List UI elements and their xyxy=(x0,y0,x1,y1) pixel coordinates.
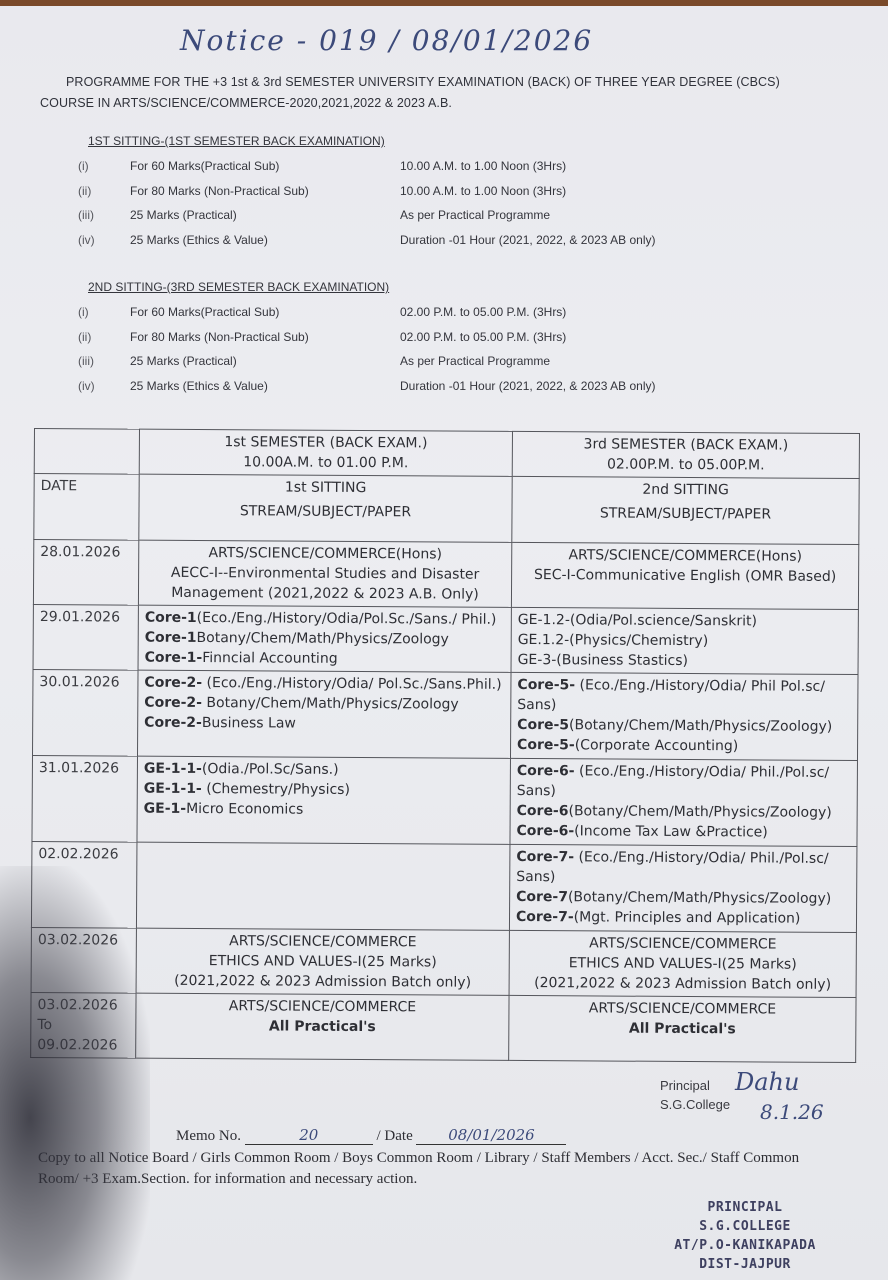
title-line-2: COURSE IN ARTS/SCIENCE/COMMERCE-2020,202… xyxy=(40,93,860,114)
principal-stamp: PRINCIPAL S.G.COLLEGE AT/P.O-KANIKAPADA … xyxy=(655,1198,835,1274)
row-sem3-papers: Core-7- (Eco./Eng./History/Odia/ Phil./P… xyxy=(509,844,857,932)
sitting-row: (iv)25 Marks (Ethics & Value)Duration -0… xyxy=(78,374,778,399)
row-date: 30.01.2026 xyxy=(32,669,138,756)
college-label: S.G.College xyxy=(660,1097,730,1112)
table-row: 02.02.2026Core-7- (Eco./Eng./History/Odi… xyxy=(31,841,857,932)
row-date: 31.01.2026 xyxy=(32,755,138,842)
sitting-row: (ii)For 80 Marks (Non-Practical Sub)02.0… xyxy=(78,325,778,350)
principal-signature-block: Principal S.G.College xyxy=(660,1078,730,1112)
principal-label: Principal xyxy=(660,1078,730,1093)
table-header-row-2: DATE 1st SITTING STREAM/SUBJECT/PAPER 2n… xyxy=(34,474,859,545)
row-sem3-papers: ARTS/SCIENCE/COMMERCEAll Practical's xyxy=(509,995,856,1062)
handwritten-notice-number: Notice - 019 / 08/01/2026 xyxy=(180,24,593,57)
row-sem1-papers: GE-1-1-(Odia./Pol.Sc/Sans.)GE-1-1- (Chem… xyxy=(137,756,511,844)
first-sitting-heading: 1ST SITTING-(1ST SEMESTER BACK EXAMINATI… xyxy=(88,134,778,148)
table-row: 31.01.2026GE-1-1-(Odia./Pol.Sc/Sans.)GE-… xyxy=(32,755,858,846)
header-sem3-sitting: 2nd SITTING STREAM/SUBJECT/PAPER xyxy=(512,476,859,544)
row-sem3-papers: GE-1.2-(Odia/Pol.science/Sanskrit)GE.1.2… xyxy=(511,607,858,674)
second-sitting-heading: 2ND SITTING-(3RD SEMESTER BACK EXAMINATI… xyxy=(88,280,778,294)
row-date: 02.02.2026 xyxy=(31,841,137,928)
table-row: 03.02.2026ARTS/SCIENCE/COMMERCEETHICS AN… xyxy=(31,927,856,997)
row-sem3-papers: ARTS/SCIENCE/COMMERCE(Hons)SEC-I-Communi… xyxy=(511,542,858,609)
sitting-row: (iii)25 Marks (Practical)As per Practica… xyxy=(78,203,778,228)
first-sitting-section: 1ST SITTING-(1ST SEMESTER BACK EXAMINATI… xyxy=(78,134,778,252)
sitting-row: (ii)For 80 Marks (Non-Practical Sub)10.0… xyxy=(78,179,778,204)
row-date: 03.02.2026 xyxy=(31,927,136,993)
sitting-row: (i)For 60 Marks(Practical Sub)02.00 P.M.… xyxy=(78,300,778,325)
row-date: 03.02.2026To09.02.2026 xyxy=(31,992,136,1058)
sitting-row: (iv)25 Marks (Ethics & Value)Duration -0… xyxy=(78,228,778,253)
row-sem1-papers: ARTS/SCIENCE/COMMERCE(Hons)AECC-I--Envir… xyxy=(138,540,511,607)
row-sem1-papers: Core-1(Eco./Eng./History/Odia/Pol.Sc./Sa… xyxy=(138,605,511,672)
header-sem1-sitting: 1st SITTING STREAM/SUBJECT/PAPER xyxy=(139,474,512,542)
row-date: 29.01.2026 xyxy=(33,604,138,670)
table-header-row-1: 1st SEMESTER (BACK EXAM.) 10.00A.M. to 0… xyxy=(34,429,859,479)
row-sem3-papers: Core-5- (Eco./Eng./History/Odia/ Phil Po… xyxy=(510,672,858,760)
memo-number: 20 xyxy=(245,1126,373,1145)
row-sem3-papers: ARTS/SCIENCE/COMMERCEETHICS AND VALUES-I… xyxy=(509,930,856,997)
table-row: 03.02.2026To09.02.2026ARTS/SCIENCE/COMME… xyxy=(31,992,856,1062)
schedule-rows: 28.01.2026ARTS/SCIENCE/COMMERCE(Hons)AEC… xyxy=(31,540,859,1063)
sitting-row: (i)For 60 Marks(Practical Sub)10.00 A.M.… xyxy=(78,154,778,179)
table-row: 29.01.2026Core-1(Eco./Eng./History/Odia/… xyxy=(33,604,858,674)
memo-label: Memo No. xyxy=(176,1128,241,1144)
exam-schedule-table: 1st SEMESTER (BACK EXAM.) 10.00A.M. to 0… xyxy=(30,428,860,1063)
handwritten-signature: Dahu xyxy=(735,1068,799,1096)
row-sem3-papers: Core-6- (Eco./Eng./History/Odia/ Phil./P… xyxy=(510,758,858,846)
header-sem3: 3rd SEMESTER (BACK EXAM.) 02.00P.M. to 0… xyxy=(512,431,859,478)
row-sem1-papers: Core-2- (Eco./Eng./History/Odia/ Pol.Sc.… xyxy=(137,670,511,758)
second-sitting-section: 2ND SITTING-(3RD SEMESTER BACK EXAMINATI… xyxy=(78,280,778,398)
document-title: PROGRAMME FOR THE +3 1st & 3rd SEMESTER … xyxy=(40,72,860,114)
date-column-header: DATE xyxy=(34,474,139,541)
title-line-1: PROGRAMME FOR THE +3 1st & 3rd SEMESTER … xyxy=(40,72,860,93)
notice-paper: Notice - 019 / 08/01/2026 PROGRAMME FOR … xyxy=(0,6,888,1280)
row-sem1-papers: ARTS/SCIENCE/COMMERCEAll Practical's xyxy=(136,993,509,1060)
row-sem1-papers: ARTS/SCIENCE/COMMERCEETHICS AND VALUES-I… xyxy=(136,928,509,995)
row-sem1-papers xyxy=(136,842,510,930)
row-date: 28.01.2026 xyxy=(33,540,138,606)
table-row: 28.01.2026ARTS/SCIENCE/COMMERCE(Hons)AEC… xyxy=(33,540,858,610)
header-sem1: 1st SEMESTER (BACK EXAM.) 10.00A.M. to 0… xyxy=(139,429,512,476)
memo-date: 08/01/2026 xyxy=(416,1126,566,1145)
memo-date-label: / Date xyxy=(377,1128,413,1144)
handwritten-sign-date: 8.1.26 xyxy=(760,1100,824,1124)
header-blank-cell xyxy=(34,429,139,475)
memo-line: Memo No. 20 / Date 08/01/2026 xyxy=(176,1126,566,1145)
copy-distribution-text: Copy to all Notice Board / Girls Common … xyxy=(38,1148,838,1190)
sitting-row: (iii)25 Marks (Practical)As per Practica… xyxy=(78,349,778,374)
table-row: 30.01.2026Core-2- (Eco./Eng./History/Odi… xyxy=(32,669,858,760)
